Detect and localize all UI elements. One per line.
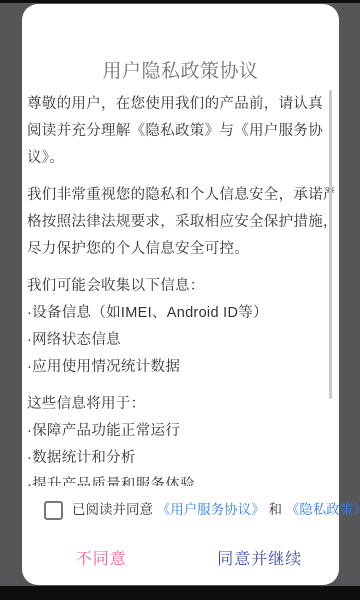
policy-line: ·提升产品质量和服务体验 [27,472,334,486]
policy-line: ·网络状态信息 [27,327,334,354]
policy-paragraph: 我们可能会收集以下信息： ·设备信息（如IMEI、Android ID等） ·网… [27,273,334,381]
agree-checkbox[interactable] [44,501,63,520]
policy-text: 尊敬的用户，在您使用我们的产品前，请认真 阅读并充分理解《隐私政策》与《用户服务… [27,88,334,486]
agree-button[interactable]: 同意并继续 [181,539,340,575]
dialog-button-row: 不同意 同意并继续 [22,539,339,575]
user-agreement-link[interactable]: 《用户服务协议》 [157,502,265,517]
policy-line: 格按照法律法规要求，采取相应安全保护措施， [27,209,334,236]
policy-paragraph: 这些信息将用于： ·保障产品功能正常运行 ·数据统计和分析 ·提升产品质量和服务… [27,391,334,486]
policy-line: ·设备信息（如IMEI、Android ID等） [27,300,334,327]
privacy-policy-dialog: 用户隐私政策协议 尊敬的用户，在您使用我们的产品前，请认真 阅读并充分理解《隐私… [22,4,339,585]
disagree-button[interactable]: 不同意 [22,539,181,575]
scrollbar-thumb[interactable] [329,90,332,399]
policy-line: ·数据统计和分析 [27,445,334,472]
policy-line: 阅读并充分理解《隐私政策》与《用户服务协 [27,118,334,145]
consent-prefix-text: 已阅读并同意 [72,502,153,517]
consent-row: 已阅读并同意 《用户服务协议》 和 《隐私政策》 [44,499,334,521]
policy-line: 尊敬的用户，在您使用我们的产品前，请认真 [27,91,334,118]
policy-line: 我们可能会收集以下信息： [27,273,334,300]
policy-paragraph: 尊敬的用户，在您使用我们的产品前，请认真 阅读并充分理解《隐私政策》与《用户服务… [27,91,334,172]
dialog-title: 用户隐私政策协议 [22,56,339,83]
privacy-policy-link[interactable]: 《隐私政策》 [286,502,360,517]
consent-label: 已阅读并同意 《用户服务协议》 和 《隐私政策》 [72,499,360,521]
policy-line: ·保障产品功能正常运行 [27,418,334,445]
policy-line: 我们非常重视您的隐私和个人信息安全，承诺严 [27,182,334,209]
policy-line: 议》。 [27,145,334,172]
policy-paragraph: 我们非常重视您的隐私和个人信息安全，承诺严 格按照法律法规要求，采取相应安全保护… [27,182,334,263]
consent-conjunction-text: 和 [269,502,283,517]
policy-scroll-area[interactable]: 尊敬的用户，在您使用我们的产品前，请认真 阅读并充分理解《隐私政策》与《用户服务… [27,88,334,486]
policy-line: 这些信息将用于： [27,391,334,418]
policy-line: ·应用使用情况统计数据 [27,354,334,381]
policy-line: 尽力保护您的个人信息安全可控。 [27,236,334,263]
